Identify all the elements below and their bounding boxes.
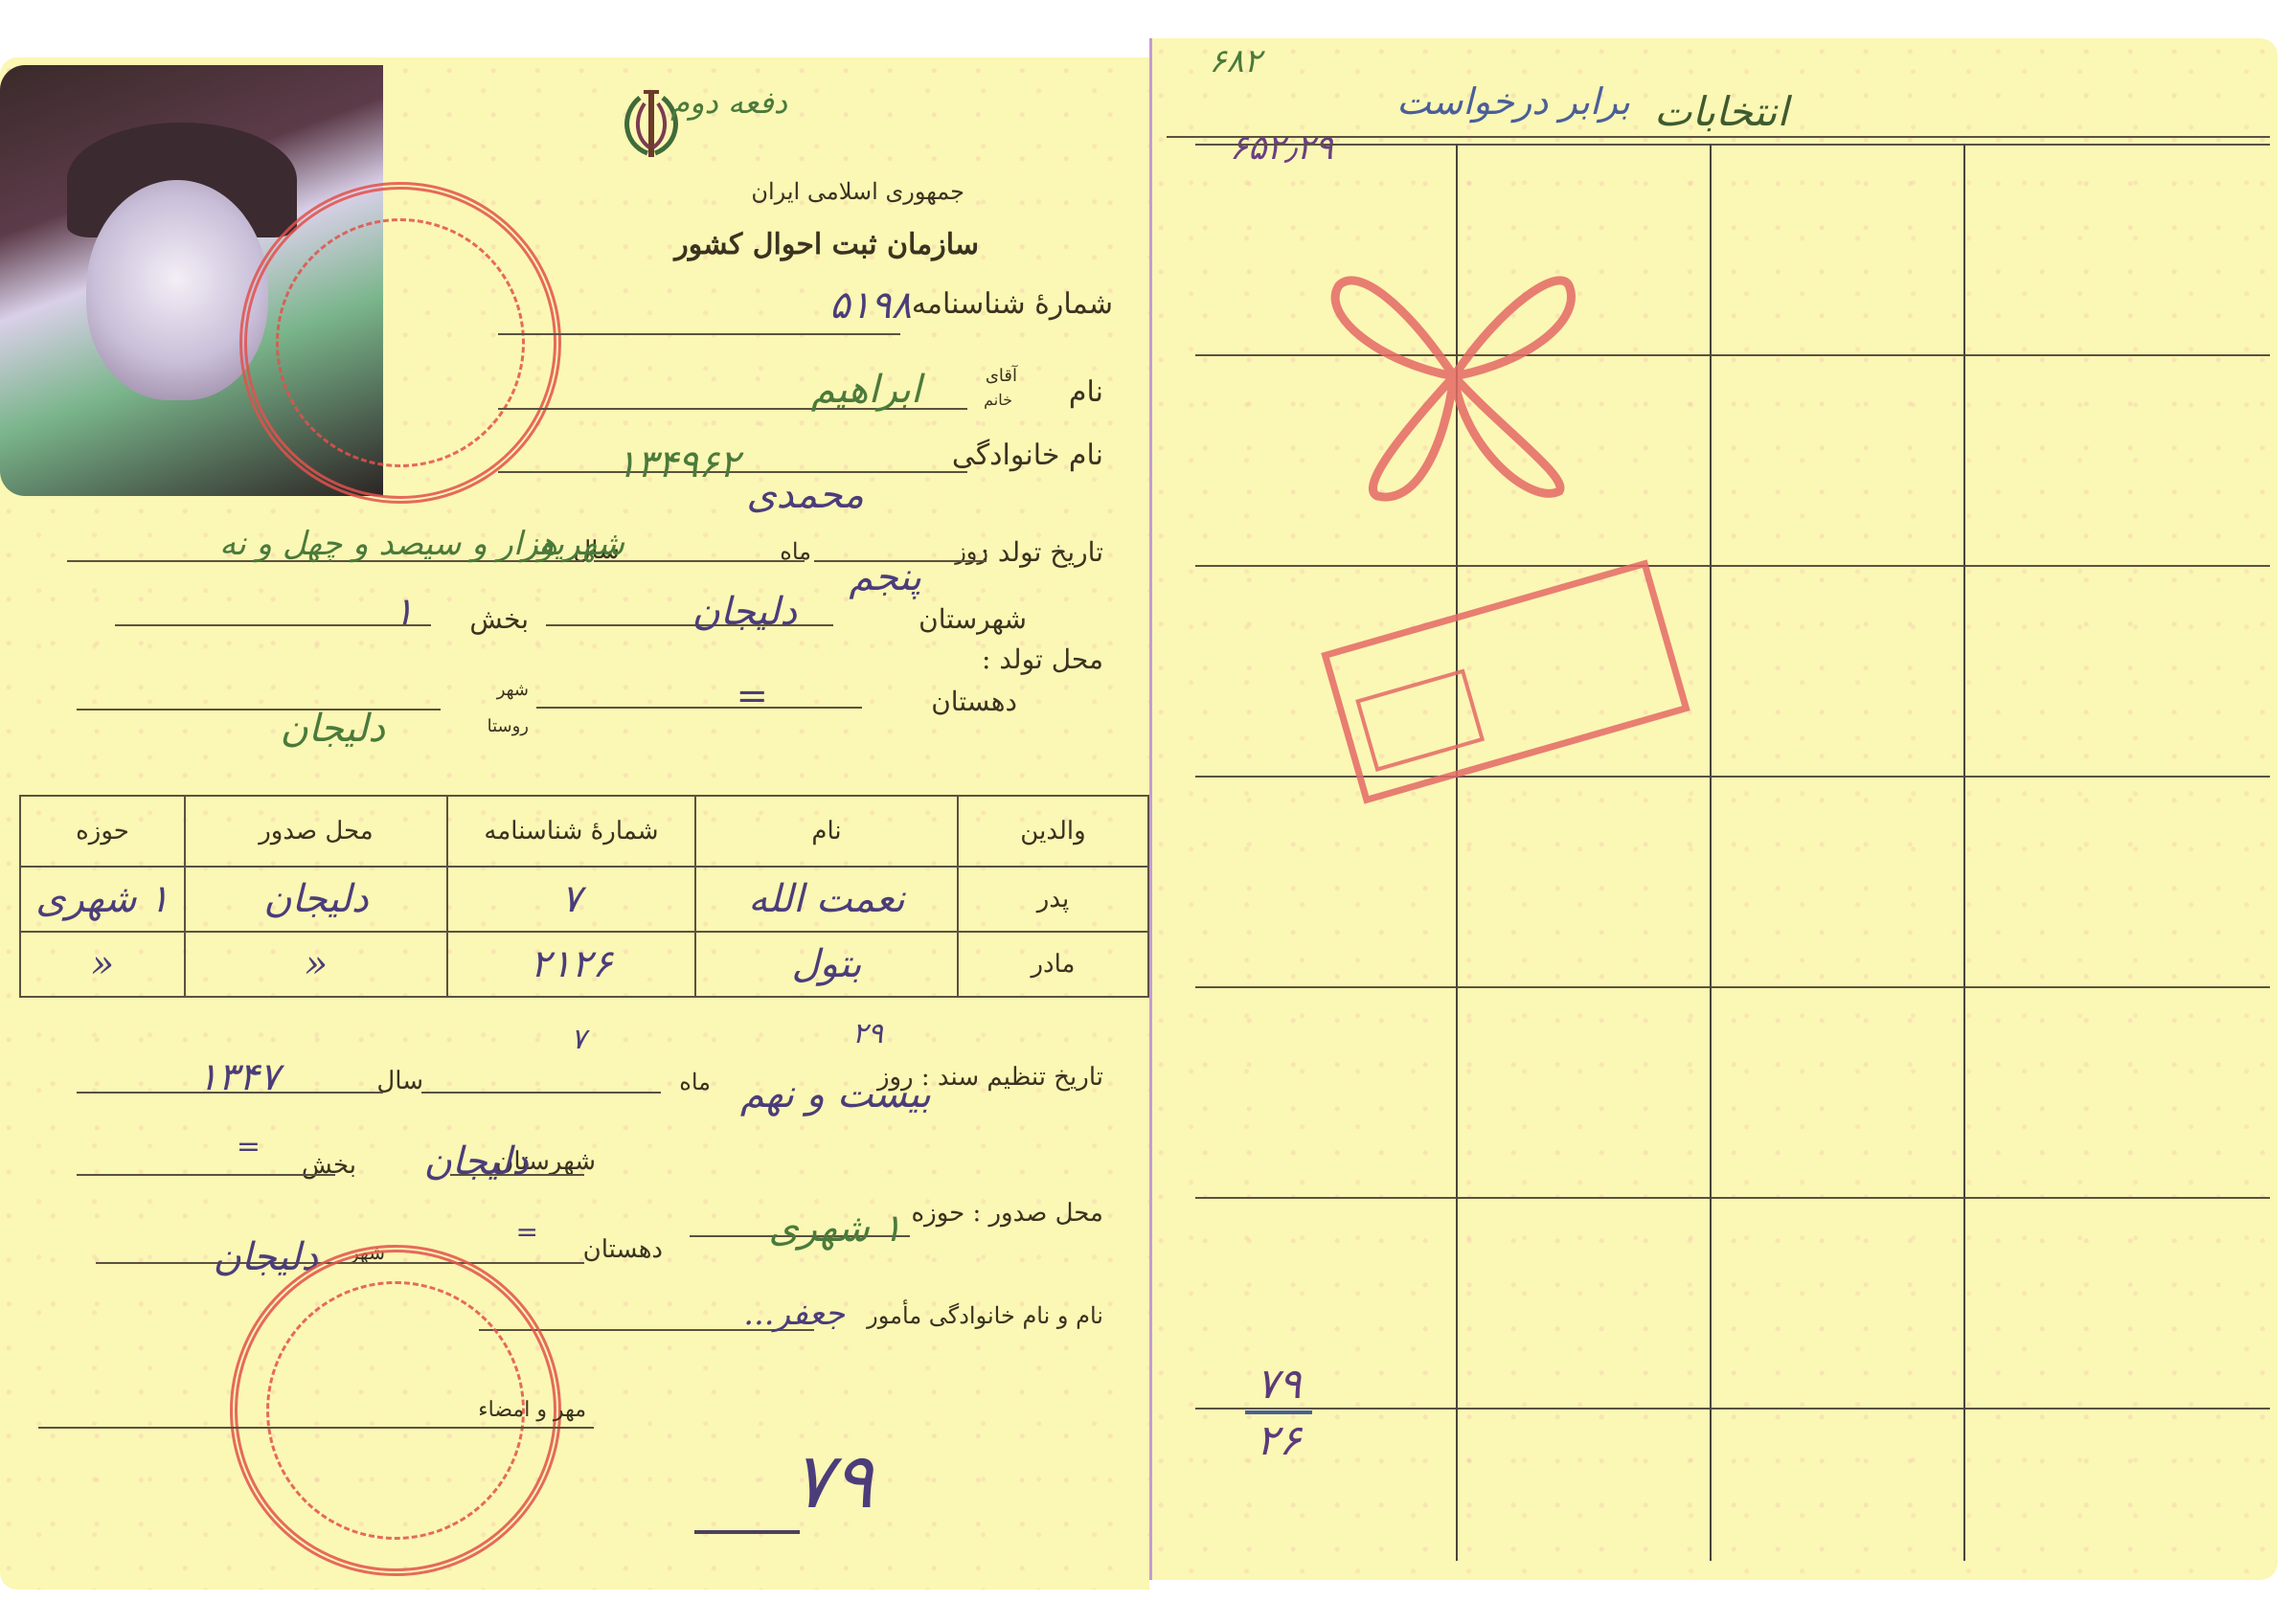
row-relation: پدر [958,867,1148,932]
grid-row-line [1195,986,2270,988]
row-id-number: ۷ [447,867,695,932]
grid-column-line [1963,144,1965,1561]
round-seal-icon [239,182,561,504]
parents-table-header: والدین نام شمارهٔ شناسنامه محل صدور حوزه [20,796,1148,867]
city-label-top: شهر [497,680,529,700]
fraction-top: ۷۹ [1245,1360,1312,1409]
birth-district-line [115,624,431,626]
signature-line [38,1427,594,1429]
table-row: مادر بتول ۲۱۲۶ « « [20,932,1148,997]
col-id-number: شمارهٔ شناسنامه [447,796,695,867]
corner-number-bottom: ۶۵۲٫۲۹ [1230,128,1333,168]
birth-district-value: ۱ [394,590,414,634]
family-name-value: محمدی [746,473,864,517]
birth-date-label: تاریخ تولد : [981,536,1103,568]
right-page [1149,38,2278,1580]
issue-year-value: ۱۳۴۷ [197,1055,280,1099]
family-name-label: نام خانوادگی [952,439,1103,472]
bottom-number-underline [694,1530,800,1534]
birth-city-line [77,709,441,710]
top-handwritten-note: دفعه دوم [670,84,787,121]
bottom-number: ۷۹ [791,1436,873,1525]
grid-row-line [1195,1197,2270,1199]
right-page-title: انتخابات [1654,88,1788,135]
id-number-label: شمارهٔ شناسنامه [912,287,1113,321]
flower-stamp-icon [1320,247,1588,506]
row-office: « [20,932,185,997]
header-republic: جمهوری اسلامی ایران [751,178,964,205]
grid-row-line [1195,144,2270,146]
signature-label: مهر و امضاء [478,1398,586,1422]
grid-column-line [1710,144,1712,1561]
row-relation: مادر [958,932,1148,997]
birth-district-label: بخش [469,603,529,635]
col-issue-place: محل صدور [185,796,447,867]
fraction-bar [1245,1410,1312,1414]
issue-day-value: بیست و نهم [740,1072,931,1116]
row-issue-place: دلیجان [185,867,447,932]
corner-number-top: ۶۸۲ [1209,42,1261,80]
table-row: پدر نعمت الله ۷ دلیجان ۱ شهری [20,867,1148,932]
row-name: بتول [695,932,958,997]
name-title-female: خانم [984,391,1012,409]
birth-year-value: هزار و سیصد و چهل و نه [219,525,557,563]
birth-county-label: شهرستان [919,603,1027,635]
id-number-line [498,333,900,335]
officer-label: نام و نام خانوادگی مأمور [867,1302,1103,1329]
grid-header-line [1167,136,2270,138]
issue-year-label: سال [376,1067,423,1095]
issue-month-label: ماه [679,1069,711,1095]
col-name: نام [695,796,958,867]
birth-city-value: دلیجان [281,707,385,751]
birth-month-line [594,560,805,562]
rectangular-stamp-inner [1355,668,1485,772]
header-organization: سازمان ثبت احوال کشور [674,228,979,261]
birth-rural-line [536,707,862,709]
issue-rural-value: = [516,1216,538,1248]
id-number-value: ۵۱۹۸ [829,283,912,327]
issue-office-value: ۱ شهری [768,1207,902,1251]
fraction-bottom: ۲۶ [1245,1416,1312,1465]
issue-district-value: = [237,1130,261,1163]
right-page-title-note: برابر درخواست [1396,80,1630,123]
birth-day-value: پنجم [849,555,921,599]
parents-table: والدین نام شمارهٔ شناسنامه محل صدور حوزه… [19,795,1149,998]
row-issue-place: « [185,932,447,997]
birth-rural-value: = [736,674,768,718]
issue-county-value: دلیجان [424,1139,529,1184]
grid-row-line [1195,565,2270,567]
col-parents: والدین [958,796,1148,867]
row-office: ۱ شهری [20,867,185,932]
grid-row-line [1195,1408,2270,1410]
row-name: نعمت الله [695,867,958,932]
col-office: حوزه [20,796,185,867]
national-code-value: ۱۳۴۹۶۲ [616,442,739,486]
birth-county-value: دلیجان [692,590,797,634]
name-title-male: آقای [986,366,1017,386]
name-value: ابراهیم [811,368,921,412]
issue-month-line [421,1092,661,1094]
issue-rural-label: دهستان [583,1235,663,1264]
issue-place-label: محل صدور : حوزه [912,1199,1103,1228]
name-label: نام [1069,375,1103,409]
row-id-number: ۲۱۲۶ [447,932,695,997]
issue-district-line [77,1174,335,1176]
issue-month-number: ۷ [571,1023,586,1056]
issue-day-number: ۲۹ [852,1017,883,1050]
birth-place-label: محل تولد : [982,643,1103,675]
right-page-fraction: ۷۹ ۲۶ [1245,1360,1312,1465]
birth-rural-label: دهستان [931,686,1017,717]
village-label-bottom: روستا [488,716,529,736]
officer-value: جعفر... [743,1295,845,1333]
